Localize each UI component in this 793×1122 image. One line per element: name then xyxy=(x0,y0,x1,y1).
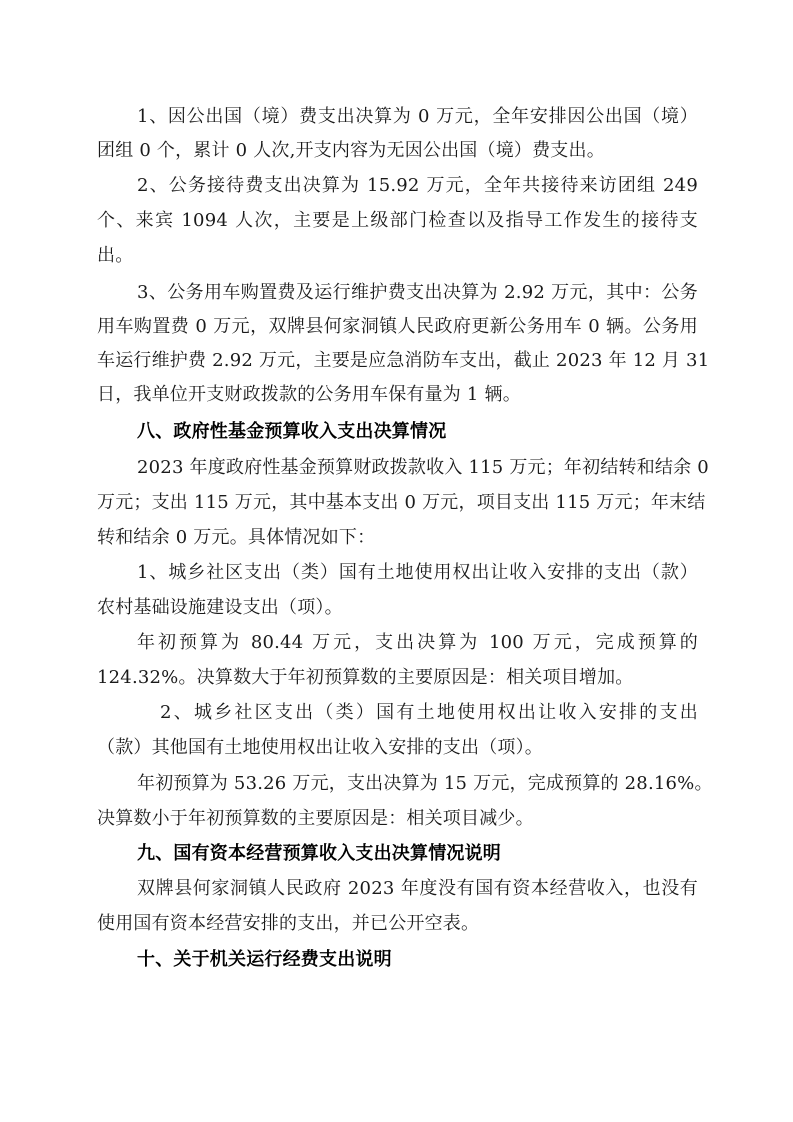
paragraph-line: 决算数小于年初预算数的主要原因是：相关项目减少。 xyxy=(97,802,698,836)
document-page: 1、因公出国（境）费支出决算为 0 万元，全年安排因公出国（境） 团组 0 个，… xyxy=(0,0,793,1122)
section-heading-9: 九、国有资本经营预算收入支出决算情况说明 xyxy=(137,837,501,871)
section-heading-10: 十、关于机关运行经费支出说明 xyxy=(137,943,392,977)
paragraph-line: 124.32%。决算数大于年初预算数的主要原因是：相关项目增加。 xyxy=(97,661,698,695)
paragraph-line: 转和结余 0 万元。具体情况如下： xyxy=(97,521,698,555)
paragraph-line: 用车购置费 0 万元，双牌县何家洞镇人民政府更新公务用车 0 辆。公务用 xyxy=(97,310,698,344)
paragraph-line: 使用国有资本经营安排的支出，并已公开空表。 xyxy=(97,907,698,941)
paragraph-line: 车运行维护费 2.92 万元，主要是应急消防车支出，截止 2023 年 12 月… xyxy=(97,344,698,378)
paragraph-line: 年初预算为 80.44 万元，支出决算为 100 万元，完成预算的 xyxy=(137,626,698,660)
paragraph-line: 2、公务接待费支出决算为 15.92 万元，全年共接待来访团组 249 xyxy=(137,169,698,203)
paragraph-line: 2、城乡社区支出（类）国有土地使用权出让收入安排的支出 xyxy=(160,696,698,730)
paragraph-line: 出。 xyxy=(97,239,698,273)
paragraph-line: 双牌县何家洞镇人民政府 2023 年度没有国有资本经营收入，也没有 xyxy=(137,872,698,906)
paragraph-line: 日，我单位开支财政拨款的公务用车保有量为 1 辆。 xyxy=(97,378,698,412)
paragraph-line: 团组 0 个，累计 0 人次,开支内容为无因公出国（境）费支出。 xyxy=(97,134,698,168)
paragraph-line: 农村基础设施建设支出（项）。 xyxy=(97,591,698,625)
paragraph-line: 2023 年度政府性基金预算财政拨款收入 115 万元；年初结转和结余 0 xyxy=(137,451,698,485)
paragraph-line: 个、来宾 1094 人次，主要是上级部门检查以及指导工作发生的接待支 xyxy=(97,204,698,238)
paragraph-line: 年初预算为 53.26 万元，支出决算为 15 万元，完成预算的 28.16%。 xyxy=(137,767,698,801)
paragraph-line: 万元；支出 115 万元，其中基本支出 0 万元，项目支出 115 万元；年末结 xyxy=(97,486,698,520)
section-heading-8: 八、政府性基金预算收入支出决算情况 xyxy=(137,415,446,449)
paragraph-line: 1、城乡社区支出（类）国有土地使用权出让收入安排的支出（款） xyxy=(137,556,698,590)
paragraph-line: 1、因公出国（境）费支出决算为 0 万元，全年安排因公出国（境） xyxy=(137,100,698,134)
paragraph-line: 3、公务用车购置费及运行维护费支出决算为 2.92 万元，其中：公务 xyxy=(137,276,698,310)
paragraph-line: （款）其他国有土地使用权出让收入安排的支出（项）。 xyxy=(97,731,698,765)
